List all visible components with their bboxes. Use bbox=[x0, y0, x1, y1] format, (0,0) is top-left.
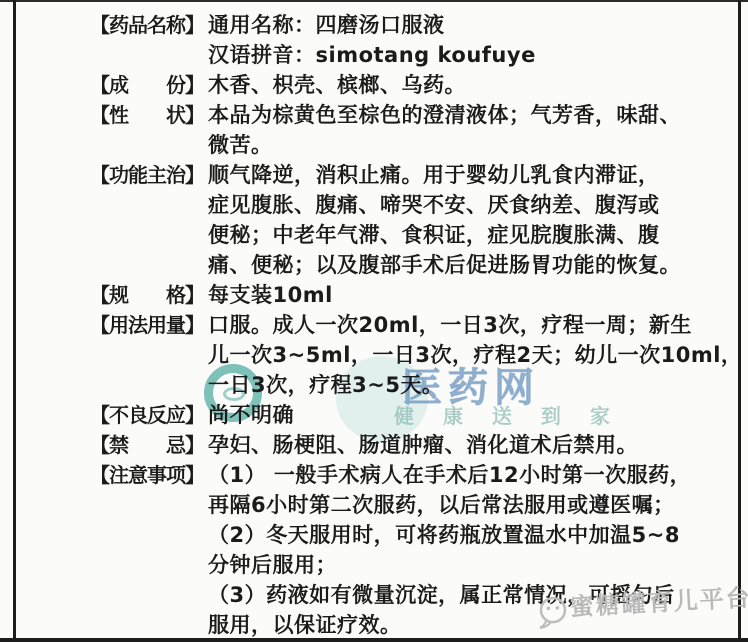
section-label: 【注意事项】 bbox=[90, 460, 208, 640]
section-line: 尚不明确 bbox=[208, 400, 294, 430]
section-line: 微苦。 bbox=[208, 130, 681, 160]
section-label: 【成 份】 bbox=[90, 70, 208, 100]
section-label: 【用法用量】 bbox=[90, 310, 208, 400]
section-line: 木香、枳壳、槟榔、乌药。 bbox=[208, 70, 466, 100]
section-line: 分钟后服用； bbox=[208, 550, 691, 580]
section-line: 顺气降逆，消积止痛。用于婴幼儿乳食内滞证， bbox=[208, 160, 681, 190]
section-line: 一日3次，疗程3~5天。 bbox=[208, 370, 742, 400]
section-ingredients: 【成 份】 木香、枳壳、槟榔、乌药。 bbox=[90, 70, 742, 100]
drug-leaflet-page: 医药网 健 康 送 到 家 【药品名称】 通用名称：四磨汤口服液 汉语拼音：si… bbox=[0, 0, 748, 642]
section-line: 症见腹胀、腹痛、啼哭不安、厌食纳差、腹泻或 bbox=[208, 190, 681, 220]
section-description: 【性 状】 本品为棕黄色至棕色的澄清液体；气芳香，味甜、 微苦。 bbox=[90, 100, 742, 160]
section-label: 【药品名称】 bbox=[90, 10, 208, 70]
section-line: （1） 一般手术病人在手术后12小时第一次服药， bbox=[208, 460, 691, 490]
leaflet-body: 【药品名称】 通用名称：四磨汤口服液 汉语拼音：simotang koufuye… bbox=[90, 10, 742, 640]
frame-border-left bbox=[13, 0, 16, 642]
section-line: （2）冬天服用时，可将药瓶放置温水中加温5~8 bbox=[208, 520, 691, 550]
section-spec: 【规 格】 每支装10ml bbox=[90, 280, 742, 310]
section-line: 再隔6小时第二次服药，以后常法服用或遵医嘱； bbox=[208, 490, 691, 520]
section-line: 孕妇、肠梗阻、肠道肿瘤、消化道术后禁用。 bbox=[208, 430, 638, 460]
section-line: 通用名称：四磨汤口服液 bbox=[208, 10, 536, 40]
section-line: 每支装10ml bbox=[208, 280, 333, 310]
section-contraindications: 【禁 忌】 孕妇、肠梗阻、肠道肿瘤、消化道术后禁用。 bbox=[90, 430, 742, 460]
section-dosage: 【用法用量】 口服。成人一次20ml，一日3次，疗程一周；新生 儿一次3~5ml… bbox=[90, 310, 742, 400]
section-label: 【规 格】 bbox=[90, 280, 208, 310]
section-label: 【不良反应】 bbox=[90, 400, 208, 430]
section-line: 本品为棕黄色至棕色的澄清液体；气芳香，味甜、 bbox=[208, 100, 681, 130]
mascot-bubble-icon bbox=[535, 594, 571, 630]
section-label: 【性 状】 bbox=[90, 100, 208, 160]
section-adverse-reactions: 【不良反应】 尚不明确 bbox=[90, 400, 742, 430]
section-line: 儿一次3~5ml，一日3次，疗程2天；幼儿一次10ml， bbox=[208, 340, 742, 370]
frame-border-top bbox=[0, 0, 748, 2]
section-label: 【禁 忌】 bbox=[90, 430, 208, 460]
section-label: 【功能主治】 bbox=[90, 160, 208, 280]
section-drug-name: 【药品名称】 通用名称：四磨汤口服液 汉语拼音：simotang koufuye bbox=[90, 10, 742, 70]
section-line: 便秘；中老年气滞、食积证，症见脘腹胀满、腹 bbox=[208, 220, 681, 250]
section-line: 痛、便秘；以及腹部手术后促进肠胃功能的恢复。 bbox=[208, 250, 681, 280]
section-line: 口服。成人一次20ml，一日3次，疗程一周；新生 bbox=[208, 310, 742, 340]
section-line: 汉语拼音：simotang koufuye bbox=[208, 40, 536, 70]
section-indications: 【功能主治】 顺气降逆，消积止痛。用于婴幼儿乳食内滞证， 症见腹胀、腹痛、啼哭不… bbox=[90, 160, 742, 280]
